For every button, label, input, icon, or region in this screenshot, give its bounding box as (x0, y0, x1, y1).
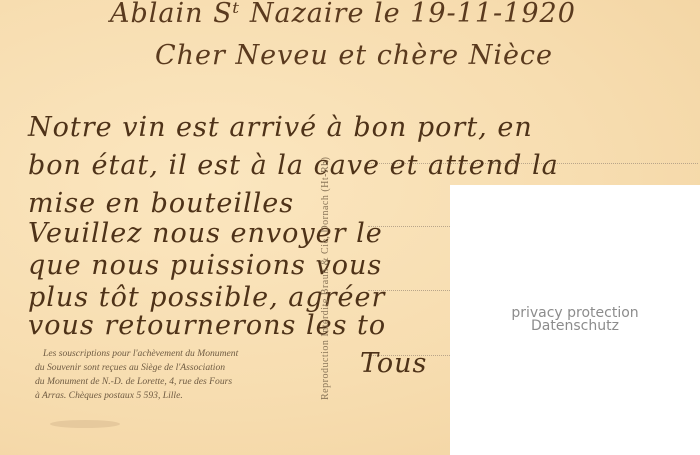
datenschutz-label: Datenschutz (531, 320, 619, 333)
place-date-line: Ablain Sᵗ Nazaire le 19-11-1920 (110, 0, 576, 29)
publisher-imprint: Reproduction Interdite Braun & Cie, Dorn… (320, 157, 331, 401)
notice-line-2: du Souvenir sont reçues au Siège de l'As… (35, 361, 305, 375)
letter-line-3: mise en bouteilles (28, 188, 294, 219)
printed-notice: Les souscriptions pour l'achèvement du M… (35, 347, 305, 403)
notice-line-1: Les souscriptions pour l'achèvement du M… (35, 347, 305, 361)
letter-line-6: plus tôt possible, agréer (28, 282, 385, 313)
letter-line-8: Tous (360, 348, 427, 379)
privacy-overlay: privacy protection Datenschutz (450, 185, 700, 455)
postcard-back: Ablain Sᵗ Nazaire le 19-11-1920 Cher Nev… (0, 0, 700, 455)
letter-line-1: Notre vin est arrivé à bon port, en (28, 112, 533, 143)
notice-line-4: à Arras. Chèques postaux 5 593, Lille. (35, 389, 305, 403)
letter-line-7: vous retournerons les to (28, 310, 386, 341)
paper-stain (50, 420, 120, 428)
notice-line-3: du Monument de N.-D. de Lorette, 4, rue … (35, 375, 305, 389)
salutation-line: Cher Neveu et chère Nièce (155, 40, 553, 71)
letter-line-2: bon état, il est à la cave et attend la (28, 150, 559, 181)
